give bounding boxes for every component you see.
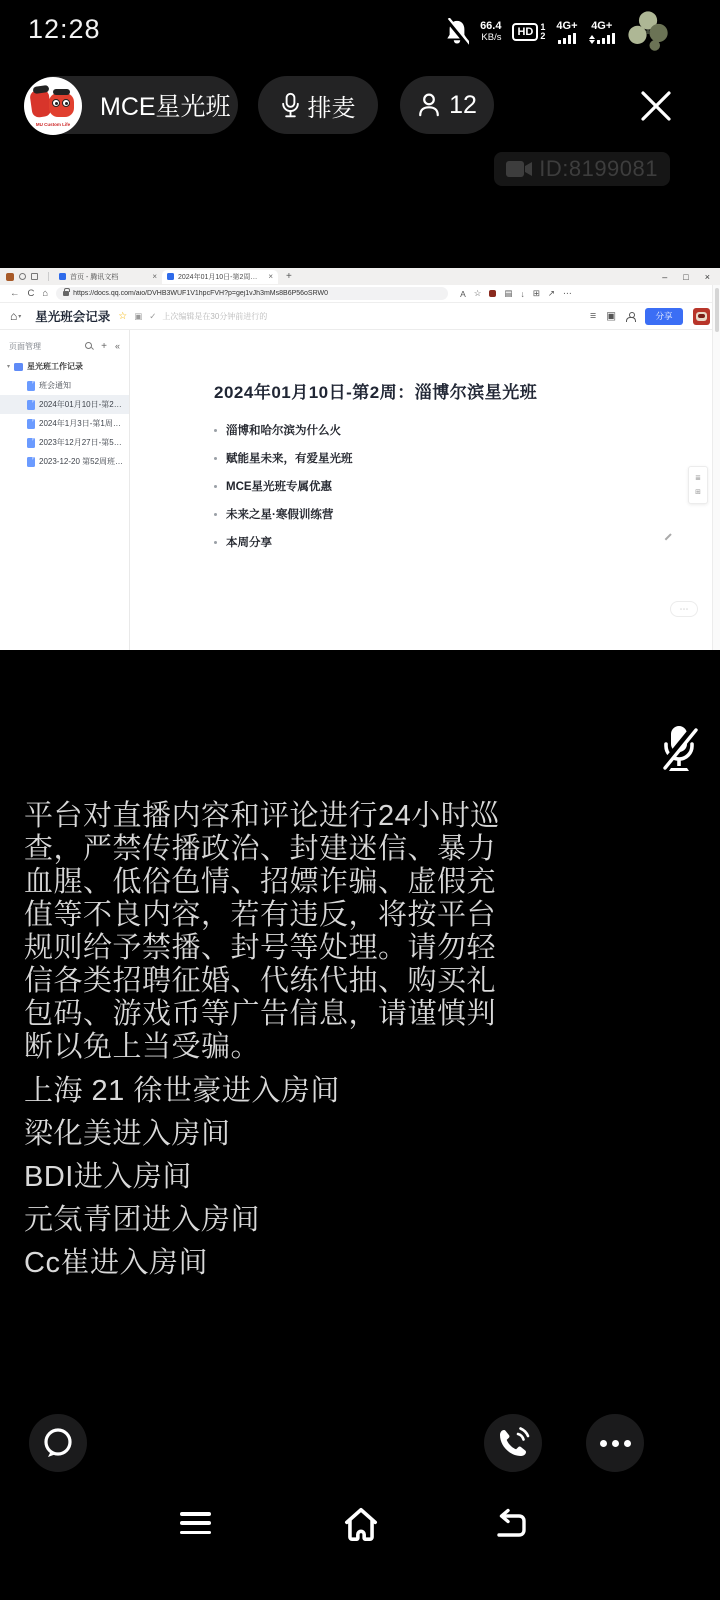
doc-icon <box>27 381 35 391</box>
browser-home-icon: ⌂ <box>42 288 48 299</box>
doc-bullet: MCE星光班专属优惠 <box>214 472 720 500</box>
signal-sim1-icon: 4G+ <box>556 21 577 44</box>
doc-heading: 2024年01月10日-第2周：淄博尔滨星光班 <box>214 378 720 403</box>
status-bar: 12:28 66.4 KB/s HD 1 2 4G+ <box>0 0 720 62</box>
doc-bullet: 淄博和哈尔滨为什么火 <box>214 416 720 444</box>
lock-icon <box>63 291 69 296</box>
ellipsis-icon <box>600 1440 631 1447</box>
browser-tab-inactive: 首页 - 腾讯文档 × <box>54 270 162 284</box>
room-entry-message: Cc崔进入房间 <box>24 1247 502 1280</box>
share-icon: ↗ <box>548 288 555 299</box>
room-entry-message: 上海 21 徐世豪进入房间 <box>24 1075 502 1108</box>
browser-tab-bar: 首页 - 腾讯文档 × 2024年01月10日-第2周：淄博... × + – … <box>0 268 720 285</box>
avatar-caption: MU Custom Life <box>24 122 82 127</box>
stream-id: ID:8199081 <box>539 156 658 182</box>
mic-queue-label: 排麦 <box>308 88 356 123</box>
tab-favicon <box>59 273 66 280</box>
tab-close-icon: × <box>152 272 157 281</box>
doc-bullet: 本周分享 <box>214 528 720 556</box>
doc-star-icon: ☆ <box>118 311 127 322</box>
phone-icon <box>495 1425 531 1461</box>
platform-notice: 平台对直播内容和评论进行24小时巡查，严禁传播政治、封建迷信、暴力血腥、低俗色情… <box>24 800 502 1064</box>
url-field: https://docs.qq.com/aio/DVHB3WUF1V1hpcFV… <box>56 287 448 300</box>
outline-icon: ≣ <box>695 474 701 482</box>
tab-close-icon: × <box>268 272 273 281</box>
doc-sidebar: 页面管理 + « ▾ 星光班工作记录 班会通知 2024年01 <box>0 330 130 650</box>
clock: 12:28 <box>28 14 101 45</box>
tree-item: 2023-12-20 第52周班会：无... <box>0 452 129 471</box>
status-icons: 66.4 KB/s HD 1 2 4G+ 4G+ <box>445 8 672 56</box>
doc-save-status: 上次编辑是在30分钟前进行的 <box>162 311 267 322</box>
caret-icon: ▾ <box>7 363 10 370</box>
chat-area: 平台对直播内容和评论进行24小时巡查，严禁传播政治、封建迷信、暴力血腥、低俗色情… <box>24 800 502 1280</box>
home-icon <box>342 1505 380 1545</box>
doc-side-toolbar: ≣ ⊞ <box>688 466 708 504</box>
search-icon <box>85 342 93 350</box>
tree-item: 2023年12月27日-第53周：... <box>0 433 129 452</box>
tab-favicon <box>167 273 174 280</box>
back-button[interactable] <box>492 1508 530 1547</box>
scrollbar <box>712 285 720 650</box>
doc-user-avatar <box>693 308 710 325</box>
doc-body: 页面管理 + « ▾ 星光班工作记录 班会通知 2024年01 <box>0 330 720 650</box>
close-icon <box>639 89 673 123</box>
shared-screen-browser[interactable]: 首页 - 腾讯文档 × 2024年01月10日-第2周：淄博... × + – … <box>0 268 720 650</box>
chevron-down-icon: ▾ <box>18 313 21 320</box>
doc-file-title: 星光班会记录 <box>35 307 110 325</box>
doc-move-icon: ▣ <box>134 311 142 322</box>
room-header: MCE星光班 MU Custom Life 排麦 12 <box>0 76 720 138</box>
doc-page: 2024年01月10日-第2周：淄博尔滨星光班 淄博和哈尔滨为什么火 赋能星未来… <box>130 330 720 650</box>
browser-tab-active: 2024年01月10日-第2周：淄博... × <box>162 270 278 284</box>
window-controls: – □ × <box>662 272 710 282</box>
back-icon: ← <box>10 288 20 299</box>
volte-hd-icon: HD 1 2 <box>512 23 545 41</box>
browser-workspaces-icon <box>19 273 26 280</box>
more-options-button[interactable] <box>586 1414 644 1472</box>
tree-item: 2024年1月3日-第1周：回顾... <box>0 414 129 433</box>
signal-sim2-icon: 4G+ <box>589 21 616 44</box>
android-nav-bar <box>0 1496 720 1566</box>
recent-apps-button[interactable] <box>180 1512 211 1534</box>
close-room-button[interactable] <box>636 86 676 126</box>
doc-icon <box>27 400 35 410</box>
doc-more-float: ⋯ <box>670 601 698 617</box>
chat-input-button[interactable] <box>29 1414 87 1472</box>
doc-saved-check-icon: ✓ <box>149 311 156 322</box>
address-bar-icons: A ☆ ▤ ↓ ⊞ ↗ ⋯ <box>460 288 571 299</box>
doc-home-icon: ⌂ <box>10 309 17 323</box>
voice-call-button[interactable] <box>484 1414 542 1472</box>
doc-icon <box>27 457 35 467</box>
member-count-button[interactable]: 12 <box>400 76 494 134</box>
refresh-icon: C <box>28 288 35 299</box>
folder-icon <box>14 363 23 371</box>
doc-icon <box>27 438 35 448</box>
collapse-sidebar-icon: « <box>115 341 120 351</box>
more-menu-icon: ⋯ <box>563 288 572 299</box>
home-button[interactable] <box>342 1505 380 1550</box>
tree-item-selected: 2024年01月10日-第2周：淄... <box>0 395 129 414</box>
favorite-star-icon: ☆ <box>474 288 482 299</box>
doc-share-button: 分享 <box>645 308 683 325</box>
mic-queue-button[interactable]: 排麦 <box>258 76 378 134</box>
sidebar-header: 页面管理 <box>9 341 41 352</box>
tree-root-item: ▾ 星光班工作记录 <box>0 357 129 376</box>
extension-icon <box>489 290 496 297</box>
doc-toolbar: ⌂ ▾ 星光班会记录 ☆ ▣ ✓ 上次编辑是在30分钟前进行的 ≡ ▣ 分享 <box>0 303 720 330</box>
chat-bubble-icon <box>41 1426 75 1460</box>
download-icon: ↓ <box>520 289 524 299</box>
minimize-icon: – <box>662 272 667 282</box>
back-icon <box>492 1508 530 1542</box>
window-close-icon: × <box>705 272 710 282</box>
apps-grid-icon: ⊞ <box>533 288 540 299</box>
doc-present-icon: ▣ <box>606 310 616 322</box>
add-page-icon: + <box>101 341 107 352</box>
stream-id-badge: ID:8199081 <box>494 152 670 186</box>
microphone-icon <box>281 92 300 119</box>
doc-collaborator-icon <box>626 312 635 321</box>
room-entry-message: 梁化美进入房间 <box>24 1118 502 1151</box>
browser-tab-actions-icon <box>31 273 38 280</box>
voice-room-screen: 12:28 66.4 KB/s HD 1 2 4G+ <box>0 0 720 1600</box>
video-camera-icon <box>506 160 532 178</box>
browser-profile-icon <box>6 273 14 281</box>
doc-icon <box>27 419 35 429</box>
room-avatar[interactable]: MU Custom Life <box>24 77 82 135</box>
browser-address-bar: ← C ⌂ https://docs.qq.com/aio/DVHB3WUF1V… <box>0 285 720 303</box>
read-aloud-icon: A <box>460 289 466 299</box>
room-entry-message: BDI进入房间 <box>24 1161 502 1194</box>
battery-clover-icon <box>626 9 672 55</box>
member-count: 12 <box>449 91 477 120</box>
doc-menu-icon: ≡ <box>590 310 596 322</box>
reading-list-icon: ▤ <box>504 288 512 299</box>
new-tab-icon: + <box>286 271 292 282</box>
room-name: MCE星光班 <box>100 87 231 123</box>
room-entry-message: 元気青团进入房间 <box>24 1204 502 1237</box>
doc-bullet: 赋能星未来，有爱星光班 <box>214 444 720 472</box>
tree-item: 班会通知 <box>0 376 129 395</box>
maximize-icon: □ <box>683 272 688 282</box>
mic-muted-icon[interactable] <box>658 724 700 779</box>
notifications-muted-icon <box>445 18 469 46</box>
grid-tool-icon: ⊞ <box>695 488 701 496</box>
doc-bullet: 未来之星·寒假训练营 <box>214 500 720 528</box>
person-icon <box>417 92 441 118</box>
page-url: https://docs.qq.com/aio/DVHB3WUF1V1hpcFV… <box>73 290 328 297</box>
network-speed: 66.4 KB/s <box>480 21 501 43</box>
